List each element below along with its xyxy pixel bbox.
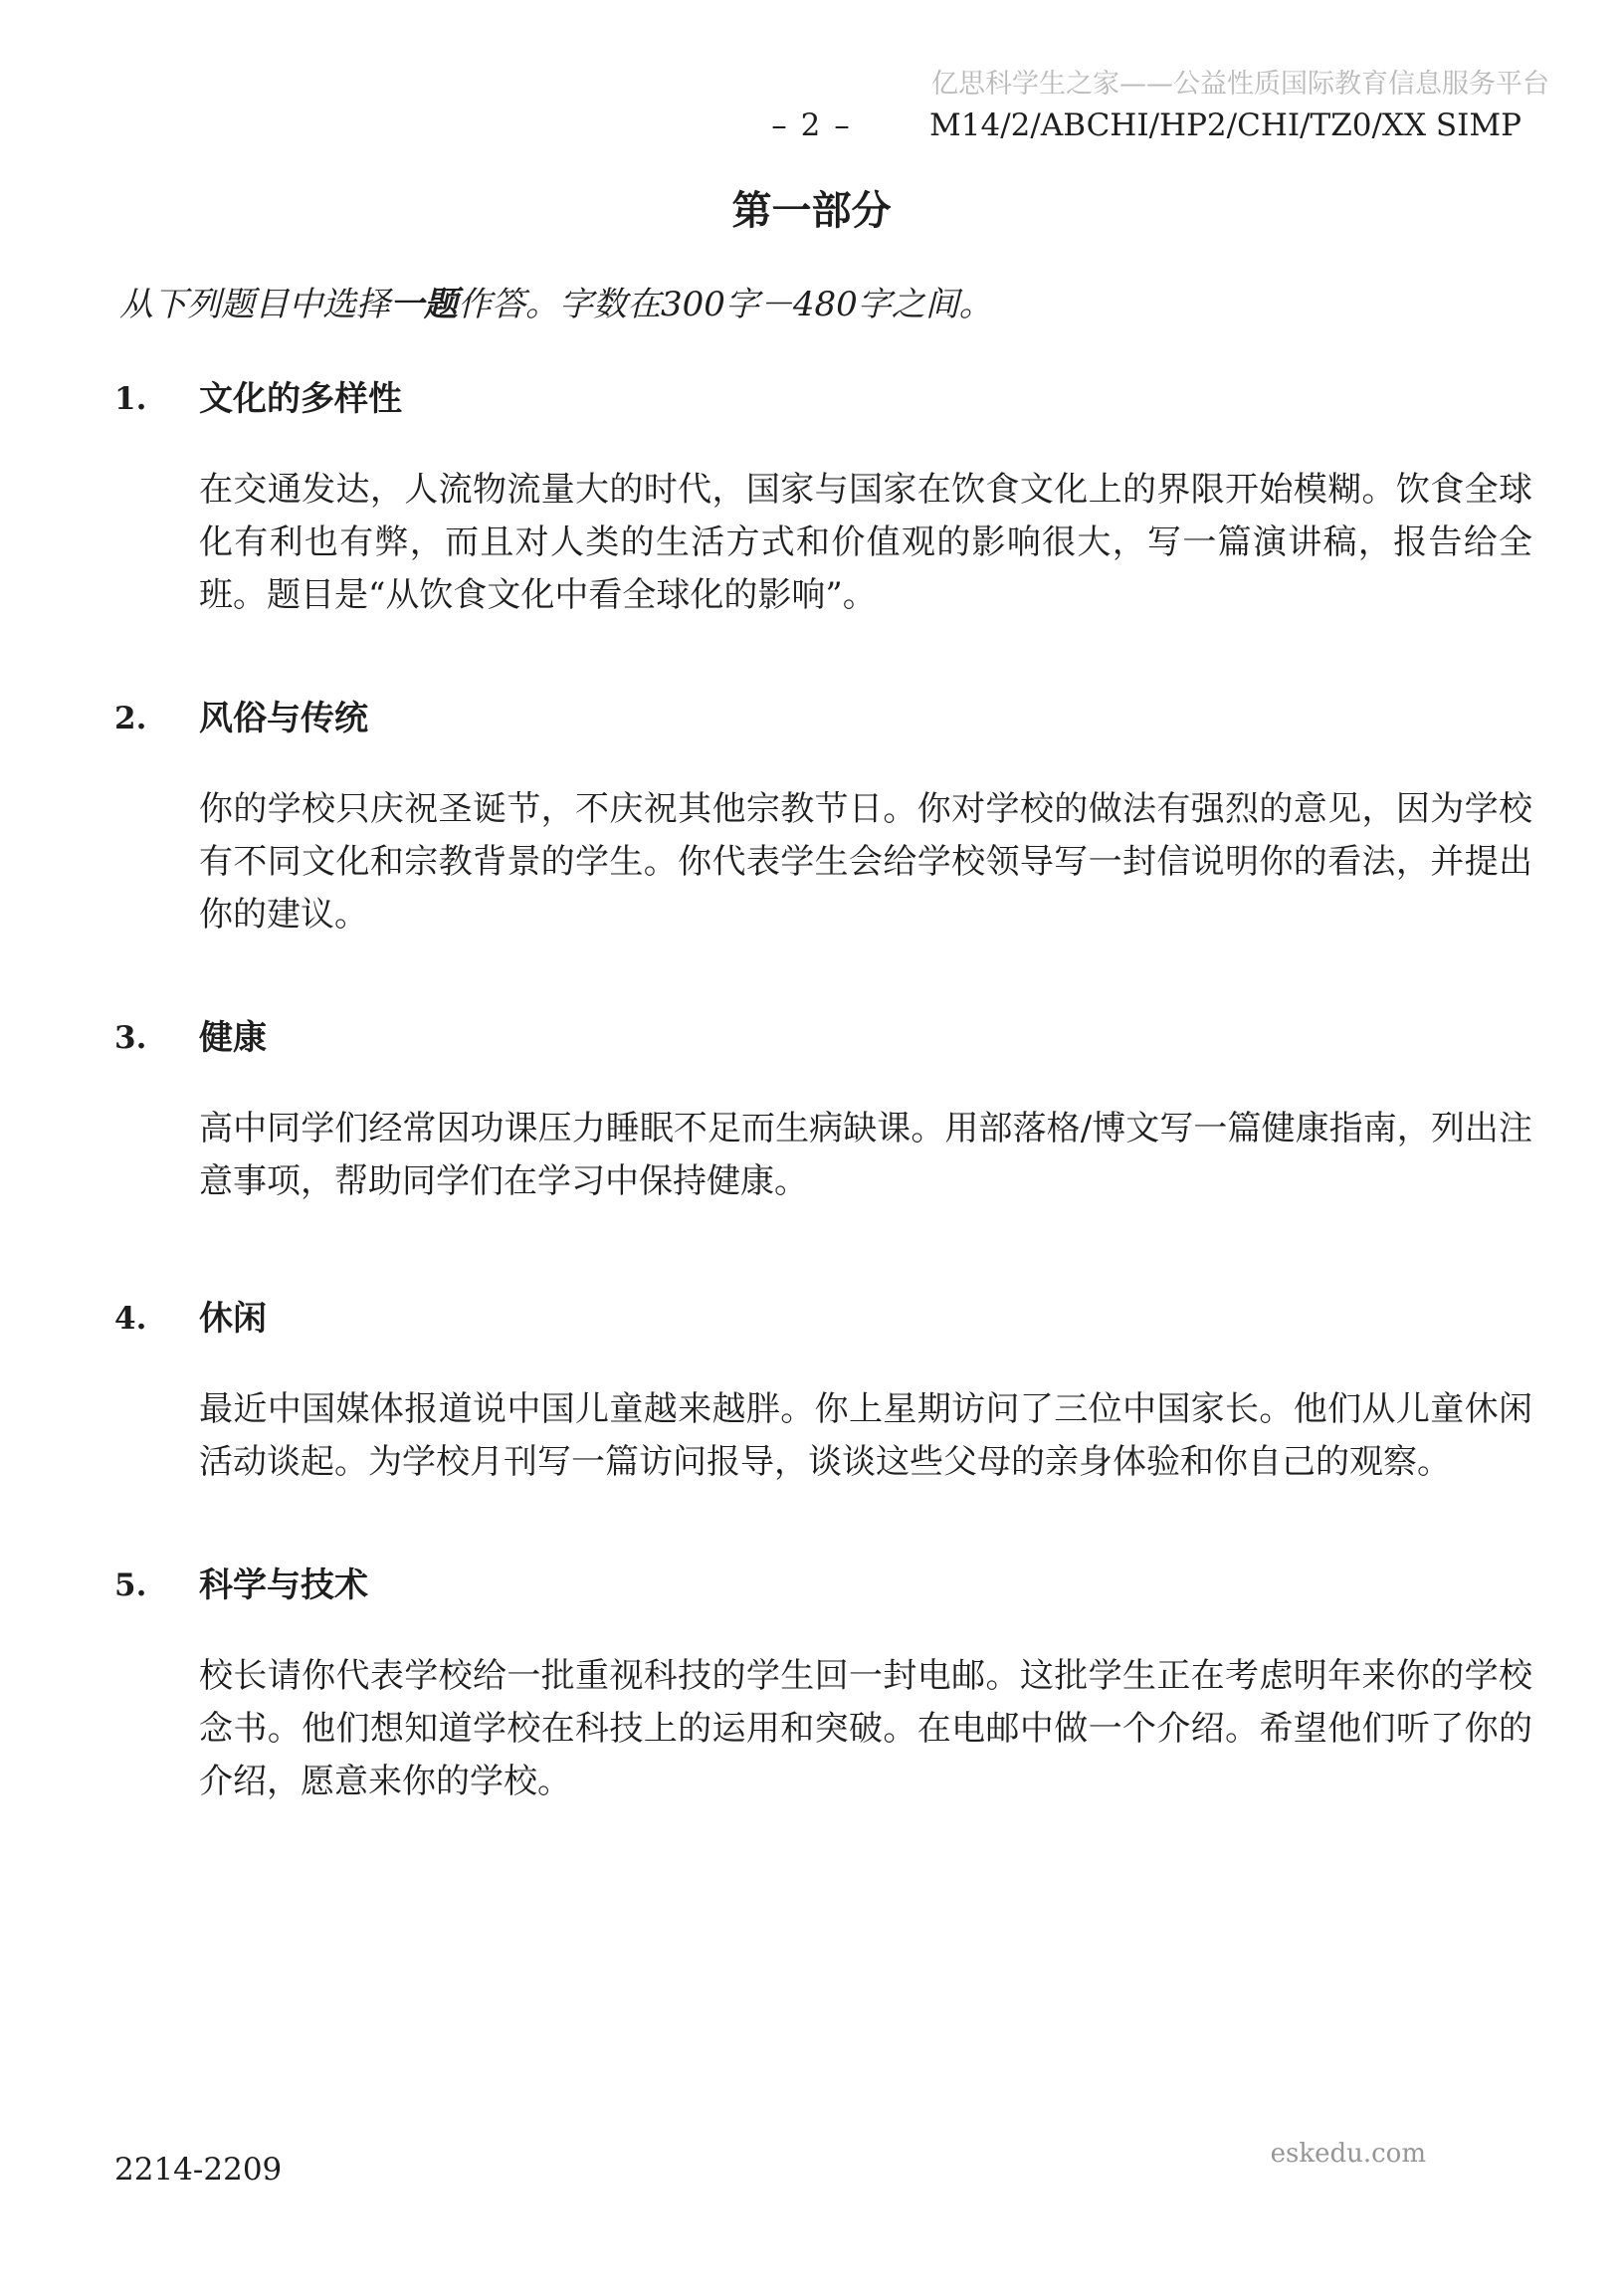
question-5-head: 5. 科学与技术	[114, 1563, 1532, 1608]
exam-paper-page: 亿思科学生之家——公益性质国际教育信息服务平台 – 2 – M14/2/ABCH…	[0, 0, 1623, 2296]
question-3-heading: 健康	[199, 1015, 267, 1061]
watermark-text: 亿思科学生之家——公益性质国际教育信息服务平台	[931, 70, 1549, 100]
footer-document-code: 2214-2209	[114, 2153, 282, 2187]
instruction-pre: 从下列题目中选择	[119, 285, 390, 324]
question-3-head: 3. 健康	[114, 1015, 1532, 1061]
question-5: 5. 科学与技术 校长请你代表学校给一批重视科技的学生回一封电邮。这批学生正在考…	[114, 1563, 1532, 1808]
page-title: 第一部分	[0, 187, 1623, 235]
question-3-body: 高中同学们经常因功课压力睡眠不足而生病缺课。用部落格/博文写一篇健康指南，列出注…	[199, 1103, 1532, 1208]
question-3-number: 3.	[114, 1015, 199, 1061]
question-2: 2. 风俗与传统 你的学校只庆祝圣诞节，不庆祝其他宗教节日。你对学校的做法有强烈…	[114, 696, 1532, 941]
question-1: 1. 文化的多样性 在交通发达，人流物流量大的时代，国家与国家在饮食文化上的界限…	[114, 376, 1532, 622]
question-4-number: 4.	[114, 1296, 199, 1342]
question-5-body: 校长请你代表学校给一批重视科技的学生回一封电邮。这批学生正在考虑明年来你的学校念…	[199, 1650, 1532, 1808]
footer-site-name: eskedu.com	[1271, 2140, 1426, 2168]
exam-code: M14/2/ABCHI/HP2/CHI/TZ0/XX SIMP	[929, 107, 1522, 143]
question-2-head: 2. 风俗与传统	[114, 696, 1532, 741]
question-4-head: 4. 休闲	[114, 1296, 1532, 1342]
question-3: 3. 健康 高中同学们经常因功课压力睡眠不足而生病缺课。用部落格/博文写一篇健康…	[114, 1015, 1532, 1208]
page-header: – 2 – M14/2/ABCHI/HP2/CHI/TZ0/XX SIMP	[0, 107, 1623, 149]
question-2-heading: 风俗与传统	[199, 696, 368, 741]
instruction-bold: 一题	[390, 285, 458, 324]
question-1-head: 1. 文化的多样性	[114, 376, 1532, 422]
question-5-number: 5.	[114, 1563, 199, 1608]
instruction-line: 从下列题目中选择一题作答。字数在300字－480字之间。	[119, 282, 1532, 327]
question-4-body: 最近中国媒体报道说中国儿童越来越胖。你上星期访问了三位中国家长。他们从儿童休闲活…	[199, 1383, 1532, 1489]
question-2-number: 2.	[114, 696, 199, 741]
question-list: 1. 文化的多样性 在交通发达，人流物流量大的时代，国家与国家在饮食文化上的界限…	[114, 376, 1532, 1882]
question-2-body: 你的学校只庆祝圣诞节，不庆祝其他宗教节日。你对学校的做法有强烈的意见，因为学校有…	[199, 783, 1532, 941]
question-4: 4. 休闲 最近中国媒体报道说中国儿童越来越胖。你上星期访问了三位中国家长。他们…	[114, 1296, 1532, 1489]
question-1-number: 1.	[114, 376, 199, 422]
question-1-heading: 文化的多样性	[199, 376, 402, 422]
question-1-body: 在交通发达，人流物流量大的时代，国家与国家在饮食文化上的界限开始模糊。饮食全球化…	[199, 464, 1532, 622]
question-5-heading: 科学与技术	[199, 1563, 368, 1608]
instruction-post: 作答。字数在300字－480字之间。	[458, 285, 993, 324]
question-4-heading: 休闲	[199, 1296, 267, 1342]
